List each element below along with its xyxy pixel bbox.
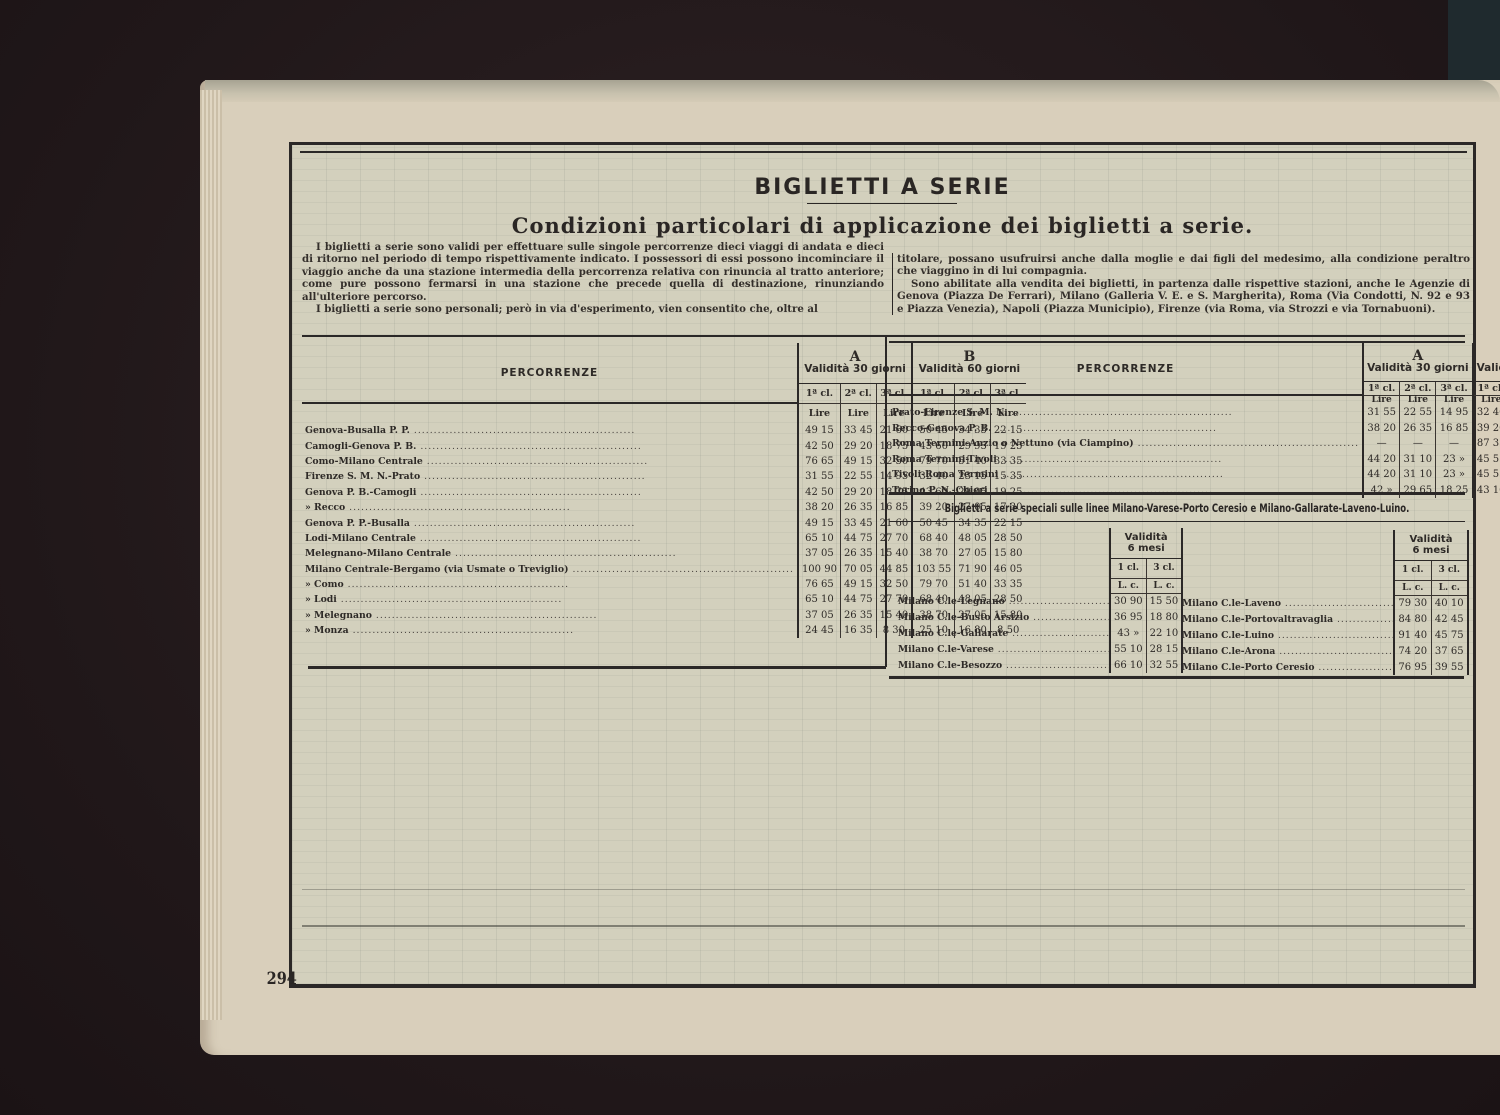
table-row: Milano C.le-Besozzo ....................… xyxy=(895,657,1182,673)
fare-cell: 33 45 xyxy=(840,515,876,530)
route-cell: Firenze S. M. N.-Prato .................… xyxy=(302,469,798,484)
validity-label: Validità xyxy=(1410,534,1453,545)
fare-cell: — xyxy=(1400,436,1436,452)
route-cell: Lodi-Milano Centrale ...................… xyxy=(302,531,798,546)
fare-cell: 31 10 xyxy=(1400,452,1436,468)
route-name: Roma Termini-Anzio o Nettuno (via Ciampi… xyxy=(892,438,1134,449)
leader-dots: ........................................… xyxy=(568,564,793,575)
table-row: Roma Termini-Tivoli ....................… xyxy=(889,452,1500,468)
validity-header: Validità 6 mesi xyxy=(1394,530,1468,560)
table-row: Milano C.le-Portovaltravaglia ..........… xyxy=(1179,611,1468,627)
class-header: 2ª cl. xyxy=(1400,381,1436,395)
route-name: Como-Milano Centrale xyxy=(305,456,423,467)
route-name: Genova P. B.-Camogli xyxy=(305,487,416,498)
fare-cell: 74 20 xyxy=(1394,643,1431,659)
currency-label: L. c. xyxy=(1394,580,1431,595)
route-name: Milano C.le-Busto Arsizio xyxy=(898,612,1029,623)
route-name: Milano C.le-Laveno xyxy=(1182,598,1281,609)
route-cell: Melegnano-Milano Centrale ..............… xyxy=(302,546,798,561)
right-table-bottom-rule xyxy=(889,492,1465,495)
fare-cell: 38 20 xyxy=(1363,421,1400,437)
route-cell: » Melegnano ............................… xyxy=(302,608,798,623)
class-header: 1ª cl. xyxy=(798,383,841,403)
fare-cell: 65 10 xyxy=(798,531,841,546)
class-header: 1 cl. xyxy=(1110,558,1146,578)
route-cell: » Recco ................................… xyxy=(302,500,798,515)
fare-cell: 43 » xyxy=(1110,625,1146,641)
route-cell: Genova P. B.-Camogli ...................… xyxy=(302,485,798,500)
route-name: Roma Termini-Tivoli xyxy=(892,454,997,465)
currency-label: Lire xyxy=(840,403,876,423)
fare-cell: 33 45 xyxy=(840,423,876,438)
route-cell: Milano C.le-Besozzo ....................… xyxy=(895,657,1110,673)
currency-label: L. c. xyxy=(1110,578,1146,593)
blank-cell xyxy=(302,403,798,423)
route-cell: Prato-Firenze S. M. N. .................… xyxy=(889,405,1363,421)
special-left-body: Milano C.le-Legnano ....................… xyxy=(895,593,1182,673)
route-name: Milano C.le-Legnano xyxy=(898,596,1005,607)
fare-cell: 28 15 xyxy=(1146,641,1182,657)
currency-label: L. c. xyxy=(1431,580,1468,595)
fare-cell: 42 » xyxy=(1363,483,1400,499)
route-cell: Milano C.le-Portovaltravaglia ..........… xyxy=(1179,611,1394,627)
fare-cell: 100 90 xyxy=(798,562,841,577)
fare-cell: 79 30 xyxy=(1394,595,1431,611)
page-stack-top-edge xyxy=(205,80,1500,102)
route-name: Genova-Busalla P. P. xyxy=(305,425,410,436)
section-divider xyxy=(302,335,1465,337)
group-a-header: A Validità 30 giorni xyxy=(1363,343,1473,381)
currency-label: Lire xyxy=(1473,395,1500,405)
fare-cell: 26 35 xyxy=(840,500,876,515)
fare-cell: 42 45 xyxy=(1431,611,1468,627)
special-table-left: Validità 6 mesi 1 cl. 3 cl. L. c. L. c. … xyxy=(895,528,1183,673)
currency-label: Lire xyxy=(1400,395,1436,405)
fare-cell: 55 10 xyxy=(1110,641,1146,657)
leader-dots: ........................................… xyxy=(998,469,1223,480)
fare-cell: 22 55 xyxy=(840,469,876,484)
fare-cell: 44 20 xyxy=(1363,467,1400,483)
route-name: Milano C.le-Gallarate xyxy=(898,628,1008,639)
special-right-body: Milano C.le-Laveno .....................… xyxy=(1179,595,1468,675)
leader-dots: ........................................… xyxy=(423,456,648,467)
fares-table-right: PERCORRENZE A Validità 30 giorni B Valid… xyxy=(889,343,1500,498)
fare-cell: — xyxy=(1363,436,1400,452)
validity-header: Validità 6 mesi xyxy=(1110,528,1182,558)
page-title: BIGLIETTI A SERIE xyxy=(292,175,1473,200)
table-row: Milano C.le-Arona ......................… xyxy=(1179,643,1468,659)
leader-dots: ........................................… xyxy=(1007,407,1232,418)
route-cell: Milano C.le-Luino ......................… xyxy=(1179,627,1394,643)
route-name: Firenze S. M. N.-Prato xyxy=(305,471,420,482)
route-cell: Genova P. P.-Busalla ...................… xyxy=(302,515,798,530)
fare-cell: 29 20 xyxy=(840,438,876,453)
route-name: » Como xyxy=(305,579,344,590)
currency-label: Lire xyxy=(1363,395,1400,405)
route-cell: Milano C.le-Legnano ....................… xyxy=(895,593,1110,609)
route-name: Milano C.le-Besozzo xyxy=(898,660,1002,671)
route-name: Prato-Firenze S. M. N. xyxy=(892,407,1007,418)
leader-dots: ........................................… xyxy=(410,425,635,436)
leader-dots: ................................. xyxy=(1314,662,1394,673)
fare-cell: 76 65 xyxy=(798,454,841,469)
fare-cell: 70 05 xyxy=(840,562,876,577)
route-name: Melegnano-Milano Centrale xyxy=(305,548,451,559)
route-name: Milano C.le-Luino xyxy=(1182,630,1274,641)
group-b-letter: B xyxy=(1477,350,1500,362)
fare-cell: 23 » xyxy=(1436,452,1473,468)
route-name: Lodi-Milano Centrale xyxy=(305,533,416,544)
table-row: Milano C.le-Busto Arsizio ..............… xyxy=(895,609,1182,625)
leader-dots: ........................................… xyxy=(410,518,635,529)
fare-cell: 76 65 xyxy=(798,577,841,592)
fare-cell: 37 65 xyxy=(1431,643,1468,659)
fare-cell: 44 75 xyxy=(840,531,876,546)
route-cell: Milano C.le-Varese .....................… xyxy=(895,641,1110,657)
page-subtitle: Condizioni particolari di applicazione d… xyxy=(292,213,1473,238)
fare-cell: 32 40 xyxy=(1473,405,1500,421)
route-cell: Roma Termini-Anzio o Nettuno (via Ciampi… xyxy=(889,436,1363,452)
route-cell: Milano C.le-Arona ......................… xyxy=(1179,643,1394,659)
route-name: » Lodi xyxy=(305,594,337,605)
route-cell: Roma Termini-Tivoli ....................… xyxy=(889,452,1363,468)
conditions-paragraph: titolare, possano usufruirsi anche dalla… xyxy=(897,253,1470,278)
show-through-rule xyxy=(302,889,1465,890)
validity-period: 6 mesi xyxy=(1128,543,1165,554)
route-cell: Genova-Busalla P. P. ...................… xyxy=(302,423,798,438)
fare-cell: 65 10 xyxy=(798,592,841,607)
fare-cell: 22 55 xyxy=(1400,405,1436,421)
leader-dots: ................................. xyxy=(1281,598,1394,609)
leader-dots: ................................. xyxy=(1002,660,1110,671)
currency-label: Lire xyxy=(798,403,841,423)
fare-cell: 39 55 xyxy=(1431,659,1468,675)
leader-dots: ................................. xyxy=(1274,630,1394,641)
fare-cell: 31 10 xyxy=(1400,467,1436,483)
special-table-right: Validità 6 mesi 1 cl. 3 cl. L. c. L. c. … xyxy=(1179,530,1469,675)
leader-dots: ........................................… xyxy=(416,533,641,544)
blank-cell xyxy=(895,528,1110,593)
leader-dots: ........................................… xyxy=(349,625,574,636)
validity-period: 6 mesi xyxy=(1412,545,1449,556)
currency-label: L. c. xyxy=(1146,578,1182,593)
leader-dots: ................................. xyxy=(1333,614,1394,625)
fares-right-body: Prato-Firenze S. M. N. .................… xyxy=(889,405,1500,498)
fare-cell: 66 10 xyxy=(1110,657,1146,673)
route-name: Milano C.le-Porto Ceresio xyxy=(1182,662,1314,673)
fare-cell: 44 75 xyxy=(840,592,876,607)
fare-cell: 44 20 xyxy=(1363,452,1400,468)
fare-cell: 16 85 xyxy=(1436,421,1473,437)
leader-dots: ........................................… xyxy=(416,441,641,452)
table-row: Milano C.le-Porto Ceresio ..............… xyxy=(1179,659,1468,675)
fare-cell: 49 15 xyxy=(840,454,876,469)
table-row: Recco-Genova P. B. .....................… xyxy=(889,421,1500,437)
table-row: Milano C.le-Legnano ....................… xyxy=(895,593,1182,609)
fare-cell: 40 10 xyxy=(1431,595,1468,611)
table-row: Torino P. N.-Chieri ....................… xyxy=(889,483,1500,499)
show-through-rule xyxy=(302,925,1465,927)
leader-dots: ................................. xyxy=(1005,596,1110,607)
conditions-paragraph: Sono abilitate alla vendita dei bigliett… xyxy=(897,278,1470,315)
leader-dots: ........................................… xyxy=(344,579,569,590)
fare-cell: 23 » xyxy=(1436,467,1473,483)
leader-dots: ........................................… xyxy=(992,423,1217,434)
special-table-bottom-rule xyxy=(889,676,1464,679)
leader-dots: ................................. xyxy=(1275,646,1394,657)
conditions-left-column: I biglietti a serie sono validi per effe… xyxy=(302,241,884,315)
table-row: Milano C.le-Luino ......................… xyxy=(1179,627,1468,643)
fare-cell: 42 50 xyxy=(798,485,841,500)
class-header: 3 cl. xyxy=(1431,560,1468,580)
fare-cell: 31 55 xyxy=(1363,405,1400,421)
route-name: Milano Centrale-Bergamo (via Usmate o Tr… xyxy=(305,564,568,575)
conditions-paragraph: I biglietti a serie sono personali; però… xyxy=(302,303,884,315)
leader-dots: ................................. xyxy=(994,644,1110,655)
fare-cell: 22 10 xyxy=(1146,625,1182,641)
route-name: Recco-Genova P. B. xyxy=(892,423,992,434)
table-row: Prato-Firenze S. M. N. .................… xyxy=(889,405,1500,421)
route-cell: » Lodi .................................… xyxy=(302,592,798,607)
currency-label: Lire xyxy=(1436,395,1473,405)
fare-cell: 31 55 xyxy=(798,469,841,484)
route-cell: Milano C.le-Porto Ceresio ..............… xyxy=(1179,659,1394,675)
page-stack-left-edge xyxy=(200,90,222,1020)
class-header: 1ª cl. xyxy=(1473,381,1500,395)
fare-cell: 32 55 xyxy=(1146,657,1182,673)
route-name: Milano C.le-Varese xyxy=(898,644,994,655)
route-cell: Tivoli-Roma Termini ....................… xyxy=(889,467,1363,483)
class-header: 1ª cl. xyxy=(1363,381,1400,395)
route-name: Tivoli-Roma Termini xyxy=(892,469,998,480)
fare-cell: 49 15 xyxy=(798,423,841,438)
fare-cell: 29 65 xyxy=(1400,483,1436,499)
fare-cell: 18 80 xyxy=(1146,609,1182,625)
timetable-frame: BIGLIETTI A SERIE Condizioni particolari… xyxy=(289,142,1476,988)
route-name: » Monza xyxy=(305,625,349,636)
route-cell: Milano C.le-Busto Arsizio ..............… xyxy=(895,609,1110,625)
route-cell: Milano C.le-Laveno .....................… xyxy=(1179,595,1394,611)
fare-cell: 16 35 xyxy=(840,623,876,638)
table-row: Milano C.le-Gallarate ..................… xyxy=(895,625,1182,641)
fare-cell: 16 85 xyxy=(876,500,912,515)
leader-dots: ........................................… xyxy=(372,610,597,621)
fare-cell: 39 20 xyxy=(1473,421,1500,437)
title-underline xyxy=(807,203,957,204)
left-table-bottom-rule xyxy=(308,666,886,669)
leader-dots: ........................................… xyxy=(997,454,1222,465)
table-row: Milano C.le-Laveno .....................… xyxy=(1179,595,1468,611)
class-header: 3ª cl. xyxy=(1436,381,1473,395)
fare-cell: 42 50 xyxy=(798,438,841,453)
fare-cell: 45 75 xyxy=(1431,627,1468,643)
fare-cell: 37 05 xyxy=(798,546,841,561)
route-cell: Camogli-Genova P. B. ...................… xyxy=(302,438,798,453)
special-title-rule xyxy=(889,521,1465,522)
fare-cell: 24 45 xyxy=(798,623,841,638)
fare-cell: 49 15 xyxy=(840,577,876,592)
route-name: » Melegnano xyxy=(305,610,372,621)
route-cell: Recco-Genova P. B. .....................… xyxy=(889,421,1363,437)
fare-cell: 37 05 xyxy=(798,608,841,623)
leader-dots: ................................. xyxy=(1008,628,1110,639)
fare-cell: 14 95 xyxy=(1436,405,1473,421)
route-name: Camogli-Genova P. B. xyxy=(305,441,416,452)
group-b-header: B Validità 60 giorni xyxy=(1473,343,1500,381)
fare-cell: 30 90 xyxy=(1110,593,1146,609)
fare-cell: 29 20 xyxy=(840,485,876,500)
leader-dots: ........................................… xyxy=(416,487,641,498)
blank-cell xyxy=(1179,530,1394,595)
route-cell: Como-Milano Centrale ...................… xyxy=(302,454,798,469)
blank-cell xyxy=(889,395,1363,405)
fare-cell: 26 35 xyxy=(840,608,876,623)
fare-cell: 38 20 xyxy=(798,500,841,515)
leader-dots: ........................................… xyxy=(1134,438,1359,449)
fare-cell: 26 35 xyxy=(1400,421,1436,437)
route-cell: Milano Centrale-Bergamo (via Usmate o Tr… xyxy=(302,562,798,577)
route-cell: Torino P. N.-Chieri ....................… xyxy=(889,483,1363,499)
fare-cell: — xyxy=(1436,436,1473,452)
route-cell: Milano C.le-Gallarate ..................… xyxy=(895,625,1110,641)
fare-cell: 87 35 xyxy=(1473,436,1500,452)
routes-header: PERCORRENZE xyxy=(889,343,1363,395)
fare-cell: 45 55 xyxy=(1473,452,1500,468)
fare-cell: 84 80 xyxy=(1394,611,1431,627)
validity-label: Validità xyxy=(1125,532,1168,543)
table-row: Tivoli-Roma Termini ....................… xyxy=(889,467,1500,483)
conditions-paragraph: I biglietti a serie sono validi per effe… xyxy=(302,241,884,303)
leader-dots: ................................. xyxy=(1029,612,1110,623)
fare-cell: 49 15 xyxy=(798,515,841,530)
fare-cell: 45 55 xyxy=(1473,467,1500,483)
fare-cell: 36 95 xyxy=(1110,609,1146,625)
fare-cell: 91 40 xyxy=(1394,627,1431,643)
class-header: 1 cl. xyxy=(1394,560,1431,580)
class-header: 2ª cl. xyxy=(840,383,876,403)
leader-dots: ........................................… xyxy=(345,502,570,513)
class-header: 3 cl. xyxy=(1146,558,1182,578)
frame-inner-rule xyxy=(300,151,1467,153)
table-row: Roma Termini-Anzio o Nettuno (via Ciampi… xyxy=(889,436,1500,452)
table-row: Milano C.le-Varese .....................… xyxy=(895,641,1182,657)
routes-header: PERCORRENZE xyxy=(302,343,798,403)
route-cell: » Como .................................… xyxy=(302,577,798,592)
leader-dots: ........................................… xyxy=(451,548,676,559)
leader-dots: ........................................… xyxy=(337,594,562,605)
page-number: 294 xyxy=(267,969,297,989)
group-a-validity: Validità 30 giorni xyxy=(1367,362,1469,374)
fare-cell: 18 25 xyxy=(1436,483,1473,499)
group-b-validity: Validità 60 giorni xyxy=(1477,362,1500,374)
book-cover-edge xyxy=(1448,0,1500,80)
column-divider xyxy=(885,335,887,667)
route-name: » Recco xyxy=(305,502,345,513)
route-name: Milano C.le-Arona xyxy=(1182,646,1275,657)
route-name: Genova P. P.-Busalla xyxy=(305,518,410,529)
fare-cell: 43 10 xyxy=(1473,483,1500,499)
fare-cell: 76 95 xyxy=(1394,659,1431,675)
special-tickets-title: Biglietti a serie speciali sulle linee M… xyxy=(941,501,1413,515)
fare-cell: 26 35 xyxy=(840,546,876,561)
table-row: » Recco ................................… xyxy=(302,500,1026,515)
group-a-letter: A xyxy=(1367,350,1469,362)
route-name: Milano C.le-Portovaltravaglia xyxy=(1182,614,1333,625)
fare-cell: 15 50 xyxy=(1146,593,1182,609)
leader-dots: ........................................… xyxy=(420,471,645,482)
route-cell: » Monza ................................… xyxy=(302,623,798,638)
conditions-right-column: titolare, possano usufruirsi anche dalla… xyxy=(892,253,1470,315)
